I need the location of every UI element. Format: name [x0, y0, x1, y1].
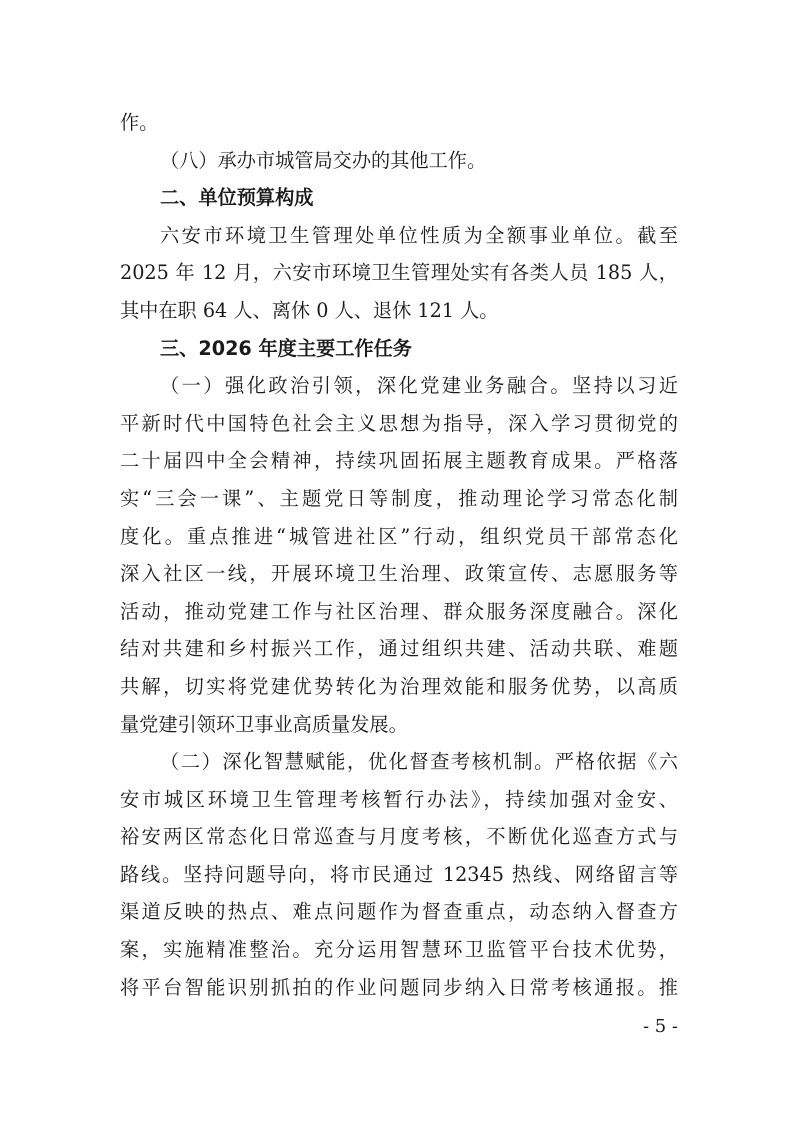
document-body: 作。 （八）承办市城管局交办的其他工作。 二、单位预算构成 六安市环境卫生管理处… [120, 104, 678, 1006]
text-line: 作。 [120, 104, 678, 142]
text-line: 裕安两区常态化日常巡查与月度考核，不断优化巡查方式与 [120, 818, 678, 856]
text-line: 度化。重点推进“城管进社区”行动，组织党员干部常态化 [120, 518, 678, 556]
text-line: 六安市环境卫生管理处单位性质为全额事业单位。截至 [120, 217, 678, 255]
page-number: - 5 - [620, 1016, 678, 1037]
text-line: 将平台智能识别抓拍的作业问题同步纳入日常考核通报。推 [120, 969, 678, 1007]
text-line: 平新时代中国特色社会主义思想为指导，深入学习贯彻党的 [120, 405, 678, 443]
section-heading-2: 二、单位预算构成 [120, 179, 678, 217]
document-page: 作。 （八）承办市城管局交办的其他工作。 二、单位预算构成 六安市环境卫生管理处… [0, 0, 793, 1122]
text-line: 实“三会一课”、主题党日等制度，推动理论学习常态化制 [120, 480, 678, 518]
text-line: 其中在职 64 人、离休 0 人、退休 121 人。 [120, 292, 678, 330]
text-line: 共解，切实将党建优势转化为治理效能和服务优势，以高质 [120, 668, 678, 706]
text-line: 量党建引领环卫事业高质量发展。 [120, 706, 678, 744]
text-line: 活动，推动党建工作与社区治理、群众服务深度融合。深化 [120, 593, 678, 631]
text-line: 路线。坚持问题导向，将市民通过 12345 热线、网络留言等 [120, 856, 678, 894]
text-line: 2025 年 12 月，六安市环境卫生管理处实有各类人员 185 人， [120, 254, 678, 292]
list-item-8: （八）承办市城管局交办的其他工作。 [120, 142, 678, 180]
text-line: 深入社区一线，开展环境卫生治理、政策宣传、志愿服务等 [120, 555, 678, 593]
text-line: 案，实施精准整治。充分运用智慧环卫监管平台技术优势， [120, 931, 678, 969]
text-line: （二）深化智慧赋能，优化督查考核机制。严格依据《六 [120, 743, 678, 781]
text-line: （一）强化政治引领，深化党建业务融合。坚持以习近 [120, 367, 678, 405]
text-line: 渠道反映的热点、难点问题作为督查重点，动态纳入督查方 [120, 893, 678, 931]
text-line: 结对共建和乡村振兴工作，通过组织共建、活动共联、难题 [120, 630, 678, 668]
text-line: 二十届四中全会精神，持续巩固拓展主题教育成果。严格落 [120, 442, 678, 480]
section-heading-3: 三、2026 年度主要工作任务 [120, 330, 678, 368]
text-line: 安市城区环境卫生管理考核暂行办法》，持续加强对金安、 [120, 781, 678, 819]
